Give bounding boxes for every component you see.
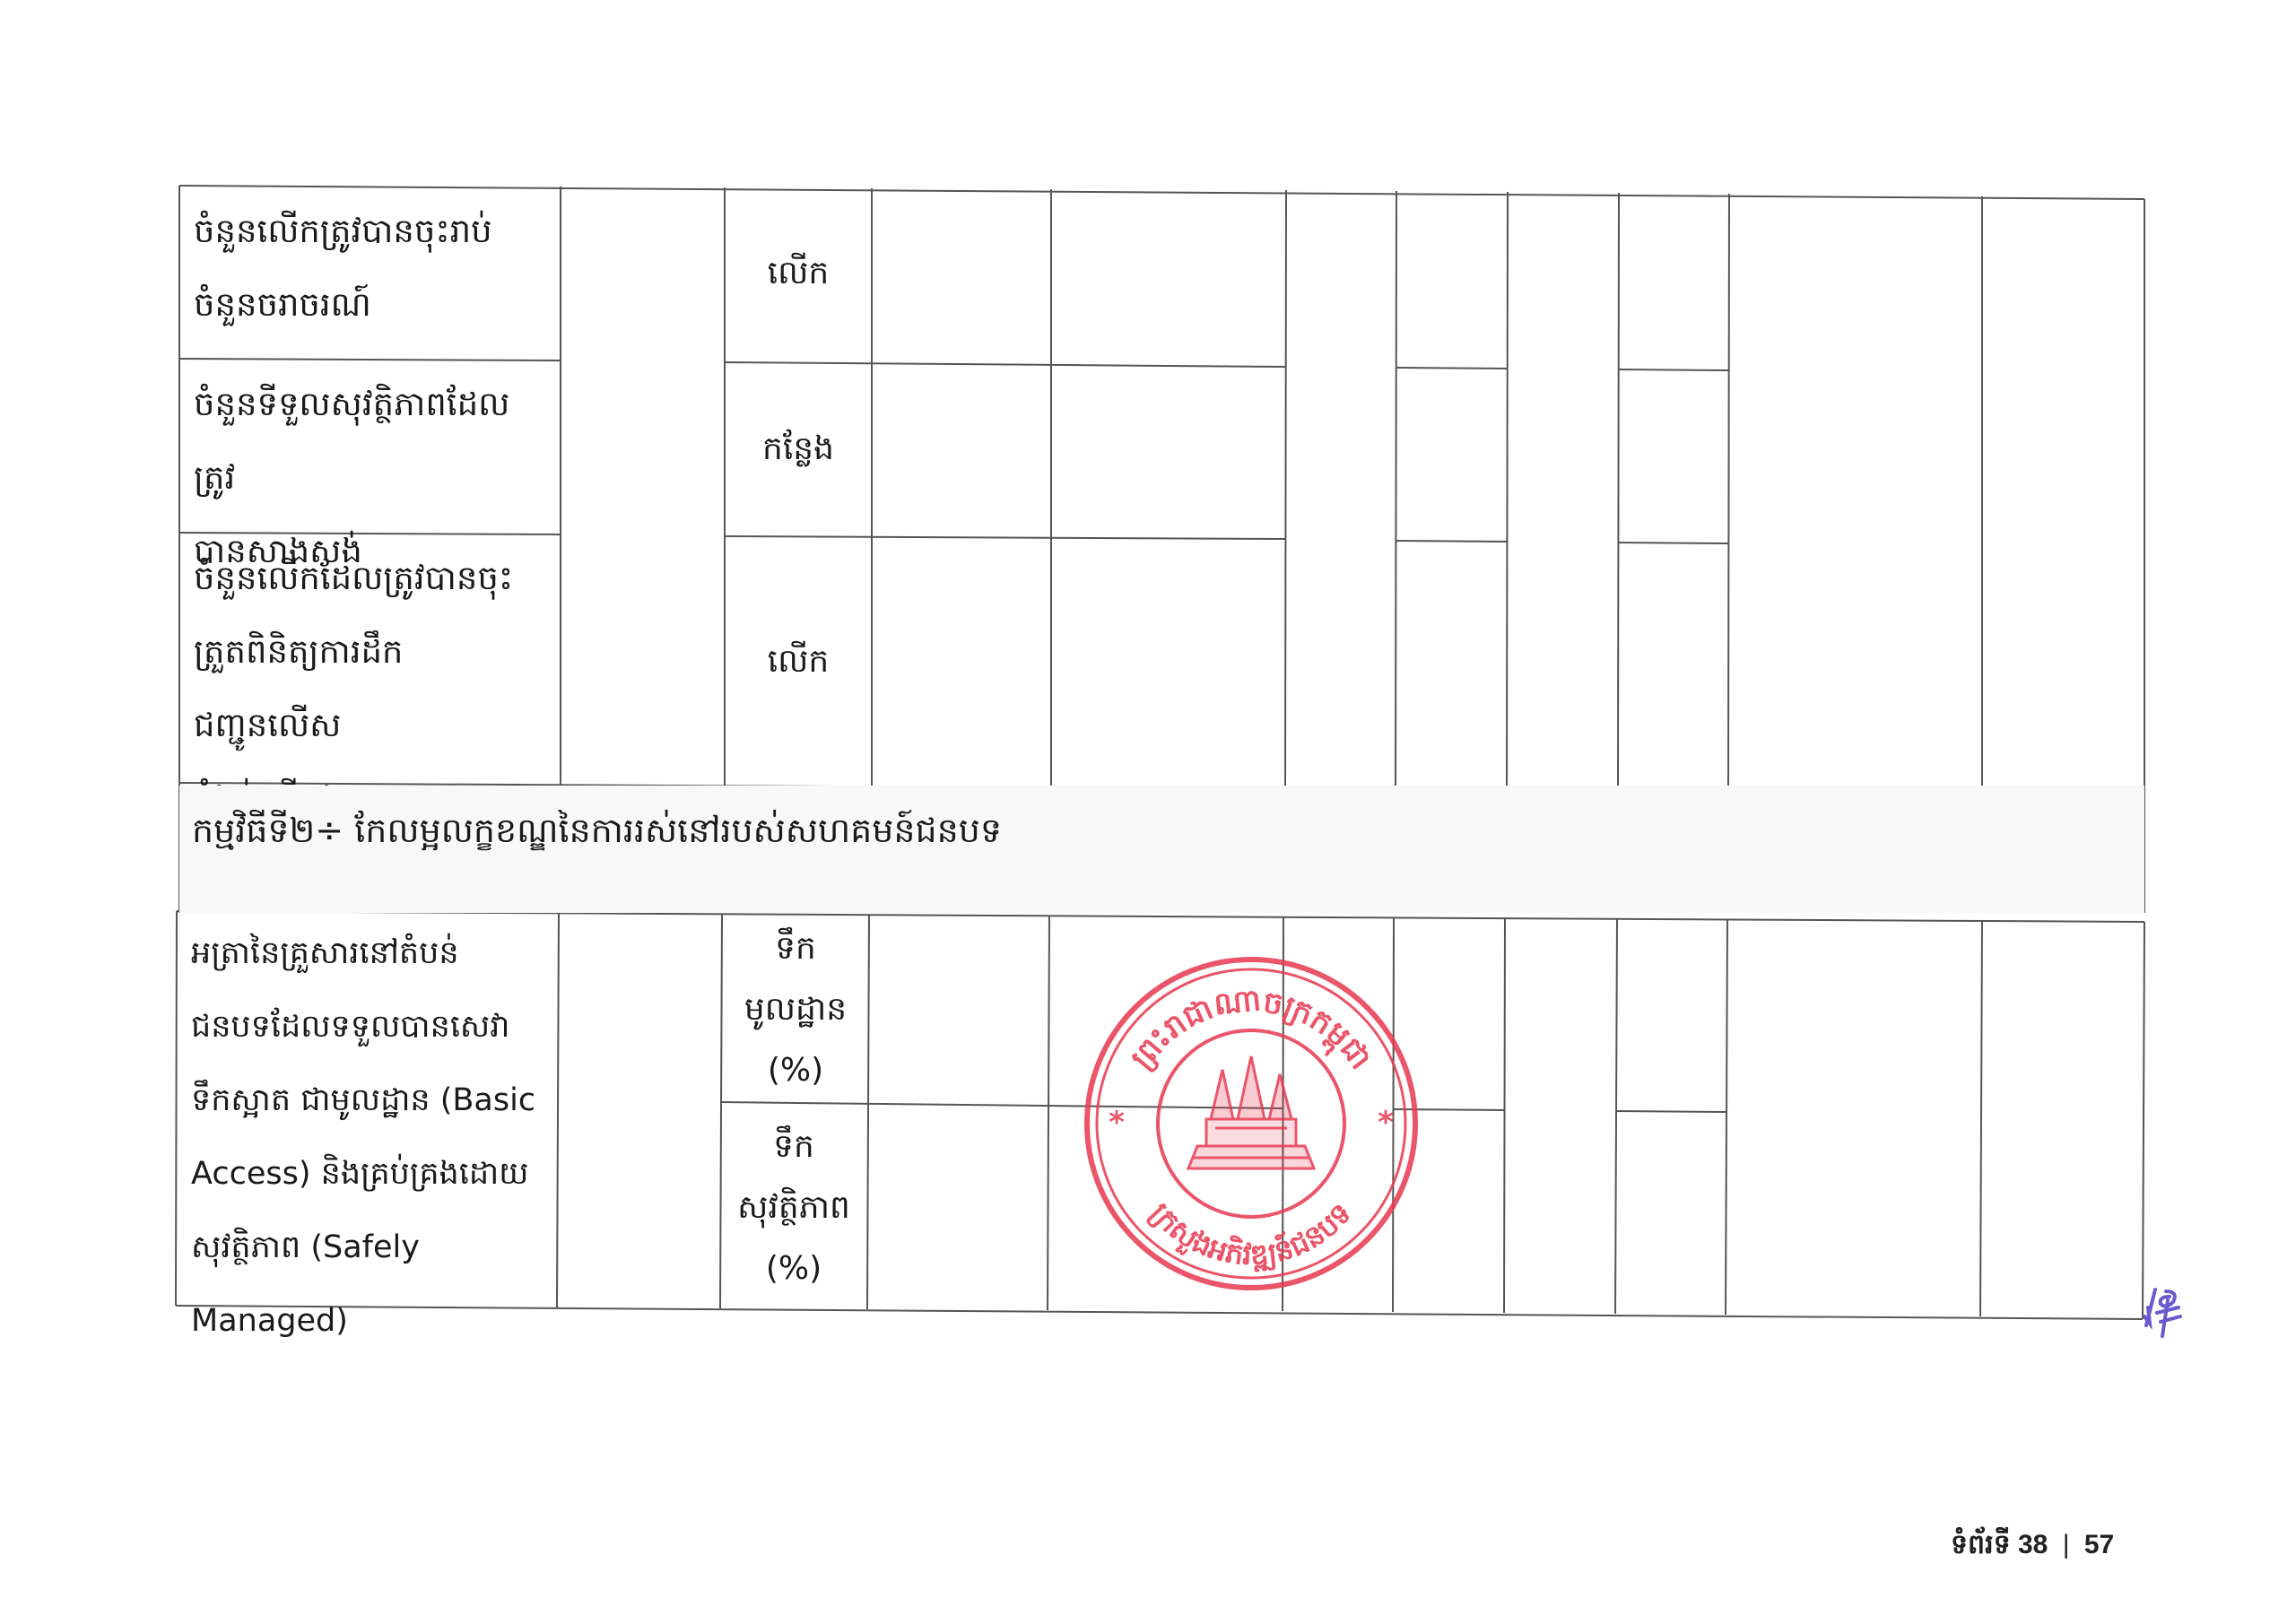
page-footer: ទំព័រទី 38 | 57 (1951, 1527, 2114, 1567)
unit-cell: លើក (726, 538, 870, 786)
unit-label: លើក (768, 631, 830, 692)
indicator-traffic-count: ចំនួនលើកត្រូវបានចុះរាប់ ចំនួនចរាចរណ៍ (181, 187, 560, 360)
indicator-line: ចំនួនលើកត្រូវបានចុះរាប់ (194, 195, 547, 268)
document-page: ចំនួនលើកត្រូវបានចុះរាប់ ចំនួនចរាចរណ៍ លើក… (0, 0, 2296, 1624)
program-2-title: កម្មវិធីទី២÷ កែលម្អលក្ខខណ្ឌនៃការរស់នៅរបស… (192, 811, 1002, 850)
unit-cell: កន្លែង (726, 363, 870, 535)
unit-cell: លើក (726, 187, 870, 360)
unit-label: (%) (766, 1238, 822, 1299)
unit-label: មូលដ្ឋាន (744, 979, 847, 1040)
unit-label: ទឹក (775, 918, 816, 979)
page-number: 38 (2018, 1530, 2048, 1559)
signature-mark (2139, 1281, 2193, 1343)
indicator-line: ត្រួតពិនិត្យការដឹកជញ្ជូនលើស (194, 615, 547, 762)
unit-cell-basic-water: ទឹក មូលដ្ឋាន (%) (724, 915, 867, 1105)
footer-separator: | (2063, 1530, 2070, 1559)
indicator-safety-mounds: ចំនួនទីទួលសុវត្ថិភាពដែលត្រូវ បានសាងសង់ (181, 360, 560, 533)
indicator-overweight-inspection: ចំនួនលើកដែលត្រូវបានចុះ ត្រួតពិនិត្យការដឹ… (181, 534, 560, 784)
indicator-line: ចំនួនចរាចរណ៍ (194, 268, 547, 342)
unit-label: លើក (768, 243, 830, 304)
total-pages: 57 (2084, 1530, 2114, 1559)
indicator-line: ចំនួនលើកដែលត្រូវបានចុះ (194, 542, 547, 615)
indicator-line: ជនបទដែលទទួលបានសេវា (191, 990, 544, 1064)
indicator-line: សុវត្ថិភាព (Safely Managed) (191, 1211, 544, 1358)
indicator-line: Access) និងគ្រប់គ្រងដោយ (191, 1137, 544, 1211)
indicator-line: ទឹកស្អាត ជាមូលដ្ឋាន (Basic (191, 1064, 544, 1137)
unit-label: កន្លែង (762, 419, 834, 480)
unit-cell-safe-water: ទឹក សុវត្ថិភាព (%) (722, 1108, 865, 1307)
indicator-line: អត្រានៃគ្រួសារនៅតំបន់ (191, 916, 544, 990)
unit-label: សុវត្ថិភាព (737, 1177, 850, 1238)
unit-label: (%) (768, 1040, 823, 1101)
unit-label: ទឹក (773, 1116, 814, 1177)
page-label: ទំព័រទី (1951, 1530, 2011, 1559)
program-2-header: កម្មវិធីទី២÷ កែលម្អលក្ខខណ្ឌនៃការរស់នៅរបស… (179, 786, 2144, 913)
indicator-rural-water-access: អត្រានៃគ្រួសារនៅតំបន់ ជនបទដែលទទួលបានសេវា… (178, 913, 557, 1306)
indicator-line: ចំនួនទីទួលសុវត្ថិភាពដែលត្រូវ (194, 368, 547, 515)
